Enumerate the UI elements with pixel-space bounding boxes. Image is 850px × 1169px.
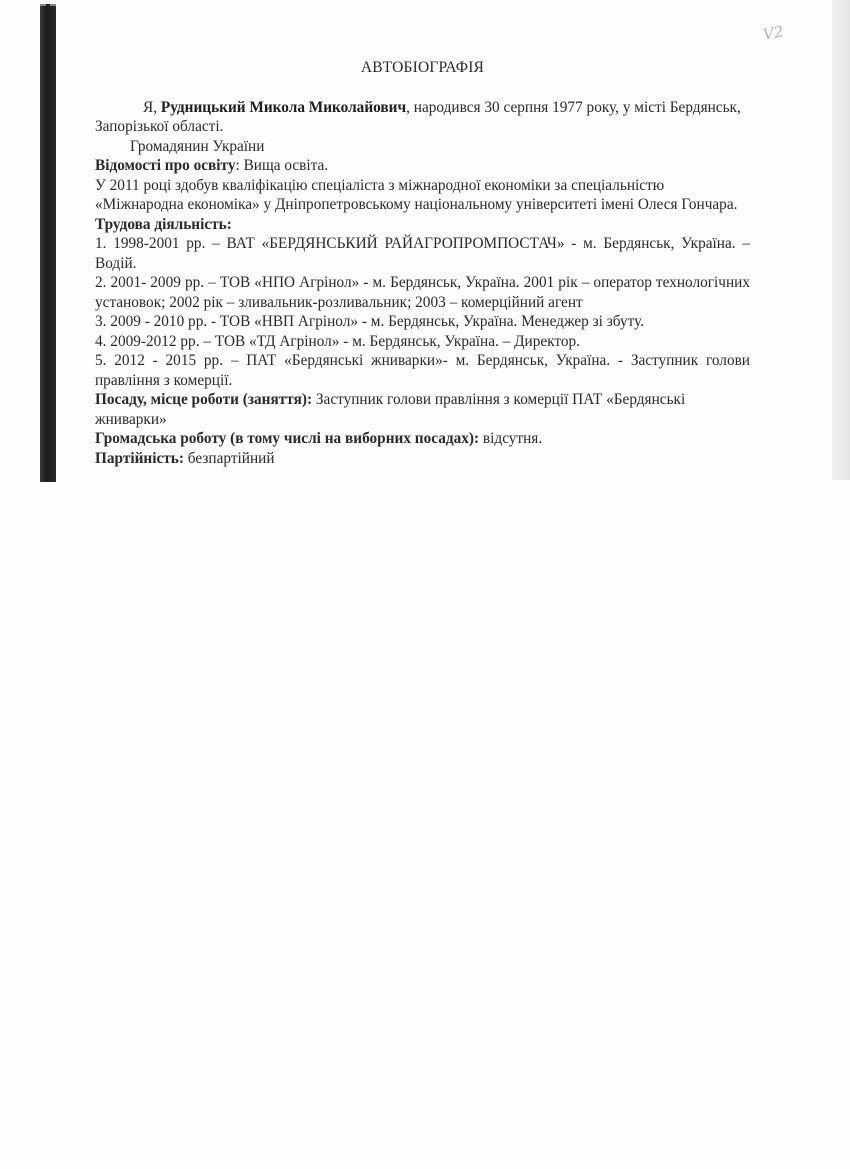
intro-paragraph: Я, Рудницький Микола Миколайович, народи… xyxy=(95,98,750,137)
citizenship: Громадянин України xyxy=(95,137,750,157)
autobiography-document: АВТОБІОГРАФІЯ Я, Рудницький Микола Микол… xyxy=(95,58,750,468)
employment-item: 1. 1998-2001 рр. – ВАТ «БЕРДЯНСЬКИЙ РАЙА… xyxy=(95,234,750,273)
employment-item: 2. 2001- 2009 рр. – ТОВ «НПО Агрінол» - … xyxy=(95,273,750,312)
public-work-value: відсутня. xyxy=(479,430,542,447)
handwritten-page-mark: V2 xyxy=(762,22,785,43)
position-line: Посаду, місце роботи (заняття): Заступни… xyxy=(95,390,750,429)
education-line: Відомості про освіту: Вища освіта. xyxy=(95,156,750,176)
public-work-line: Громадська роботу (в тому числі на вибор… xyxy=(95,429,750,449)
scan-edge-shadow xyxy=(832,0,850,480)
scan-binding-shadow xyxy=(40,4,56,482)
document-title: АВТОБІОГРАФІЯ xyxy=(95,58,750,78)
party-line: Партійність: безпартійний xyxy=(95,449,750,469)
scanned-page: V2 АВТОБІОГРАФІЯ Я, Рудницький Микола Ми… xyxy=(0,0,850,1169)
employment-item: 5. 2012 - 2015 рр. – ПАТ «Бердянські жни… xyxy=(95,351,750,390)
employment-item: 3. 2009 - 2010 рр. - ТОВ «НВП Агрінол» -… xyxy=(95,312,750,332)
public-work-label: Громадська роботу (в тому числі на вибор… xyxy=(95,430,479,447)
education-value: : Вища освіта. xyxy=(236,157,329,174)
position-label: Посаду, місце роботи (заняття): xyxy=(95,391,312,408)
party-value: безпартійний xyxy=(184,450,275,467)
party-label: Партійність: xyxy=(95,450,184,467)
employment-item: 4. 2009-2012 рр. – ТОВ «ТД Агрінол» - м.… xyxy=(95,332,750,352)
education-label: Відомості про освіту xyxy=(95,157,236,174)
employment-label: Трудова діяльність: xyxy=(95,215,750,235)
person-name: Рудницький Микола Миколайович xyxy=(161,99,406,116)
education-details: У 2011 році здобув кваліфікацію спеціалі… xyxy=(95,176,750,215)
